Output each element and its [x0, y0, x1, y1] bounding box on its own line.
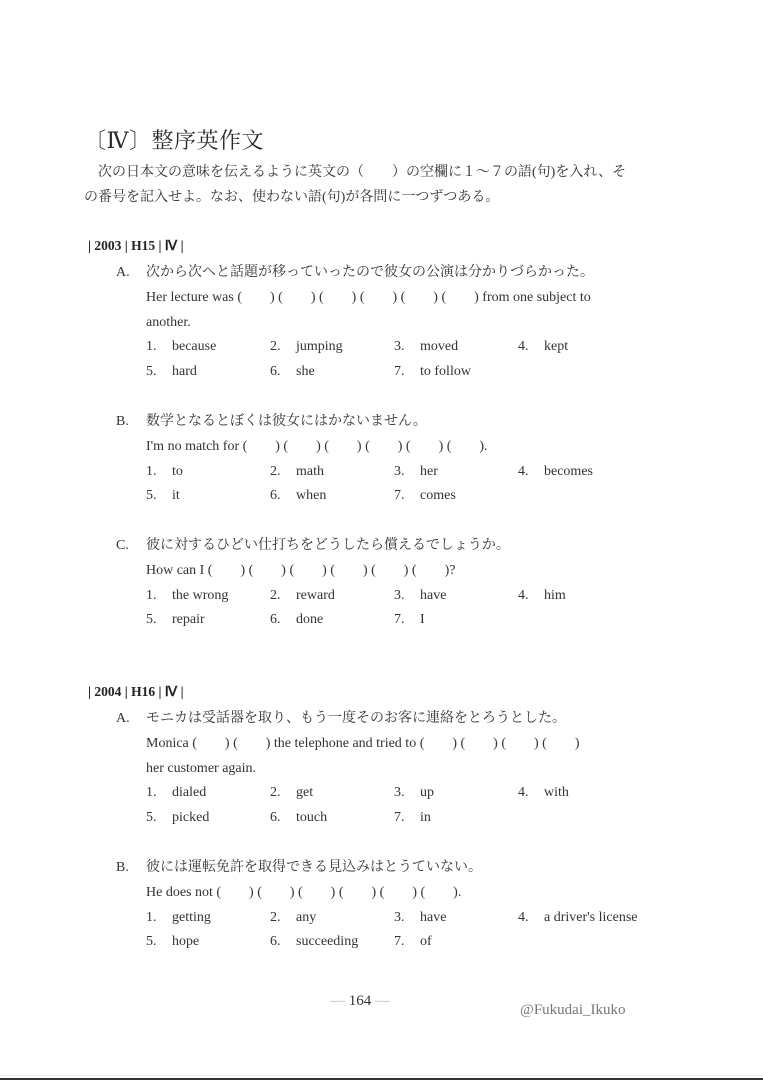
page-number-value: 164 — [349, 993, 372, 1009]
question-letter: C. — [116, 534, 144, 559]
choice-5: 5.repair — [146, 608, 205, 633]
choices-row-2: 5.it 6.when 7.comes — [116, 484, 676, 509]
choice-2: 2.reward — [270, 584, 335, 609]
watermark: @Fukudai_Ikuko — [520, 1002, 625, 1019]
question-letter: B. — [116, 410, 144, 435]
choice-3: 3.her — [394, 460, 438, 485]
question-japanese: 数学となるとぼくは彼女にはかないません。 — [146, 410, 427, 435]
choice-2: 2.any — [270, 906, 316, 931]
choices-row-1: 1.to 2.math 3.her 4.becomes — [116, 460, 676, 485]
instructions: 次の日本文の意味を伝えるように英文の（ ）の空欄に１～７の語(句)を入れ、そ の… — [84, 160, 684, 210]
choice-3: 3.up — [394, 781, 434, 806]
choice-1: 1.the wrong — [146, 584, 228, 609]
question-letter: A. — [116, 261, 144, 286]
question-japanese: モニカは受話器を取り、もう一度そのお客に連絡をとろうとした。 — [146, 707, 566, 732]
choice-7: 7.in — [394, 806, 431, 831]
question-japanese: 彼に対するひどい仕打ちをどうしたら償えるでしょうか。 — [146, 534, 510, 559]
choice-6: 6.she — [270, 360, 315, 385]
choice-5: 5.hard — [146, 360, 197, 385]
choice-3: 3.have — [394, 906, 446, 931]
choices-row-1: 1.getting 2.any 3.have 4.a driver's lice… — [116, 906, 676, 931]
choice-1: 1.getting — [146, 906, 211, 931]
choice-6: 6.succeeding — [270, 930, 358, 955]
choices-row-1: 1.the wrong 2.reward 3.have 4.him — [116, 584, 676, 609]
question-2004-b: B. 彼には運転免許を取得できる見込みはとうていない。 He does not … — [116, 856, 676, 955]
question-japanese: 彼には運転免許を取得できる見込みはとうていない。 — [146, 856, 482, 881]
choice-7: 7.of — [394, 930, 432, 955]
dash-left: — — [330, 993, 345, 1009]
question-english: He does not ( ) ( ) ( ) ( ) ( ) ( ). — [146, 881, 461, 906]
question-english-cont: another. — [146, 311, 191, 336]
choices-row-2: 5.hope 6.succeeding 7.of — [116, 930, 676, 955]
instructions-line-2: の番号を記入せよ。なお、使わない語(句)が各問に一つずつある。 — [84, 185, 684, 210]
choice-3: 3.have — [394, 584, 446, 609]
question-english-cont: her customer again. — [146, 757, 256, 782]
choice-4: 4.becomes — [518, 460, 593, 485]
question-letter: A. — [116, 707, 144, 732]
choice-2: 2.math — [270, 460, 324, 485]
instructions-line-1: 次の日本文の意味を伝えるように英文の（ ）の空欄に１～７の語(句)を入れ、そ — [84, 160, 684, 185]
question-english: I'm no match for ( ) ( ) ( ) ( ) ( ) ( )… — [146, 435, 488, 460]
exam-tag-2003: | 2003 | H15 | Ⅳ | — [88, 238, 184, 254]
section-title: 〔Ⅳ〕整序英作文 — [84, 124, 264, 155]
choice-7: 7.comes — [394, 484, 456, 509]
choice-1: 1.because — [146, 335, 216, 360]
exam-tag-2004: | 2004 | H16 | Ⅳ | — [88, 684, 184, 700]
choice-5: 5.it — [146, 484, 180, 509]
question-english: How can I ( ) ( ) ( ) ( ) ( ) ( )? — [146, 559, 455, 584]
choice-1: 1.to — [146, 460, 183, 485]
choice-5: 5.picked — [146, 806, 209, 831]
choice-3: 3.moved — [394, 335, 458, 360]
choices-row-1: 1.because 2.jumping 3.moved 4.kept — [116, 335, 676, 360]
choice-4: 4.him — [518, 584, 566, 609]
question-english: Monica ( ) ( ) the telephone and tried t… — [146, 732, 580, 757]
choices-row-1: 1.dialed 2.get 3.up 4.with — [116, 781, 676, 806]
choice-7: 7.I — [394, 608, 425, 633]
choice-6: 6.when — [270, 484, 326, 509]
document-page: 〔Ⅳ〕整序英作文 次の日本文の意味を伝えるように英文の（ ）の空欄に１～７の語(… — [0, 0, 763, 1080]
choice-6: 6.done — [270, 608, 323, 633]
choice-4: 4.a driver's license — [518, 906, 637, 931]
choice-4: 4.kept — [518, 335, 568, 360]
question-japanese: 次から次へと話題が移っていったので彼女の公演は分かりづらかった。 — [146, 261, 594, 286]
choices-row-2: 5.repair 6.done 7.I — [116, 608, 676, 633]
bottom-divider-light — [0, 1075, 763, 1076]
dash-right: — — [375, 993, 390, 1009]
choice-1: 1.dialed — [146, 781, 206, 806]
question-2003-c: C. 彼に対するひどい仕打ちをどうしたら償えるでしょうか。 How can I … — [116, 534, 676, 633]
choices-row-2: 5.picked 6.touch 7.in — [116, 806, 676, 831]
choice-5: 5.hope — [146, 930, 199, 955]
question-2004-a: A. モニカは受話器を取り、もう一度そのお客に連絡をとろうとした。 Monica… — [116, 707, 676, 831]
question-2003-a: A. 次から次へと話題が移っていったので彼女の公演は分かりづらかった。 Her … — [116, 261, 676, 385]
question-english: Her lecture was ( ) ( ) ( ) ( ) ( ) ( ) … — [146, 286, 591, 311]
choice-7: 7.to follow — [394, 360, 471, 385]
choice-4: 4.with — [518, 781, 569, 806]
question-2003-b: B. 数学となるとぼくは彼女にはかないません。 I'm no match for… — [116, 410, 676, 509]
question-letter: B. — [116, 856, 144, 881]
choice-2: 2.jumping — [270, 335, 343, 360]
choice-2: 2.get — [270, 781, 313, 806]
choice-6: 6.touch — [270, 806, 327, 831]
page-number: — 164 — — [330, 993, 390, 1010]
choices-row-2: 5.hard 6.she 7.to follow — [116, 360, 676, 385]
